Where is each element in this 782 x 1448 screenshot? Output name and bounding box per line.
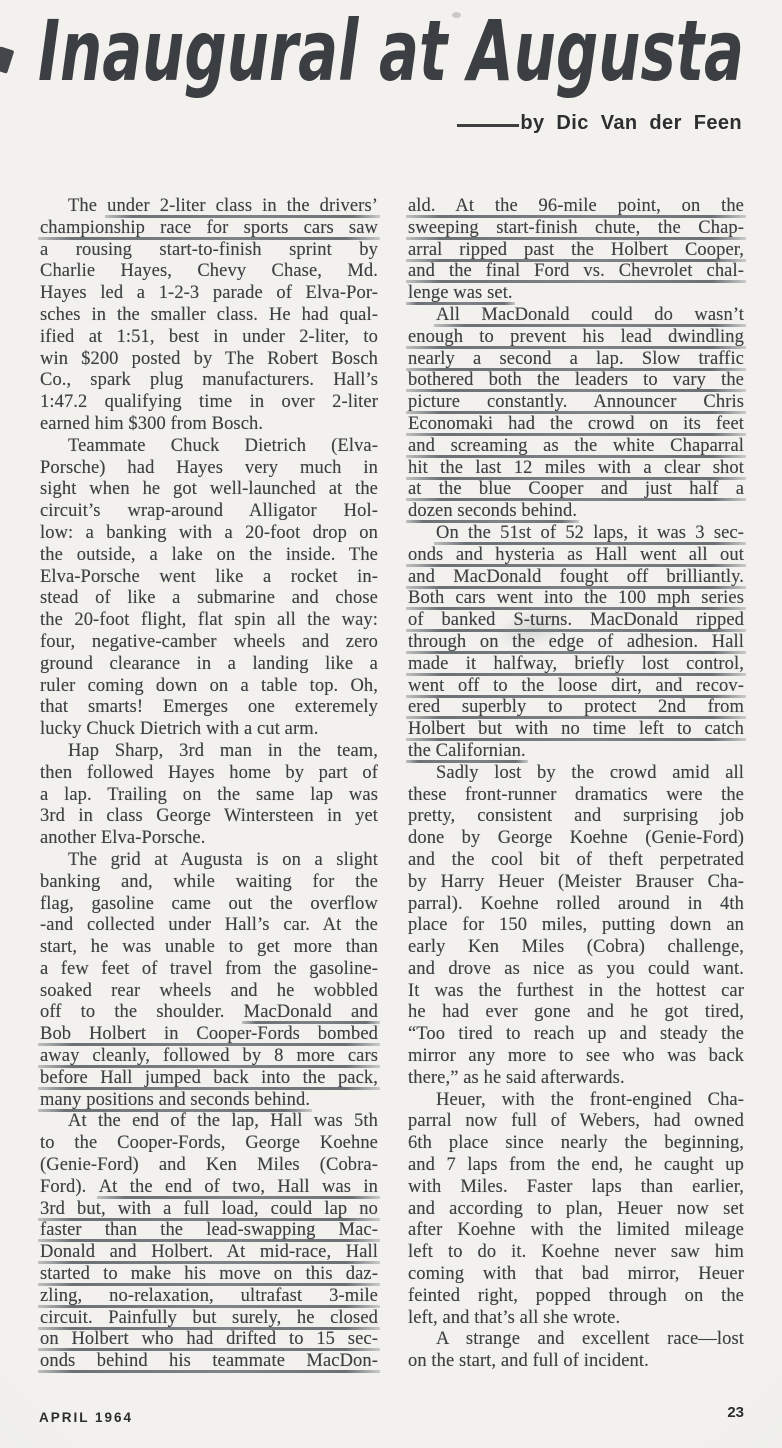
- text-line: off to the shoulder. MacDonald and: [40, 1002, 378, 1024]
- text-segment: stead of like a submarine and chose: [40, 588, 378, 608]
- text-line: done by George Koehne (Genie-Ford): [408, 828, 744, 850]
- text-segment: start, he was unable to get more than: [40, 937, 378, 957]
- pencil-underlined-text: Holbert but with no time left to catch: [406, 719, 746, 741]
- text-line: started to make his move on this daz-: [40, 1264, 378, 1286]
- byline-rule: [457, 124, 519, 127]
- text-line: championship race for sports cars saw: [40, 218, 378, 240]
- text-line: the outside, a lake on the inside. The: [40, 545, 378, 567]
- paragraph: The under 2-liter class in the drivers’c…: [40, 196, 378, 436]
- text-line: by Harry Heuer (Meister Brauser Cha-: [408, 872, 744, 894]
- text-line: enough to prevent his lead dwindling: [408, 327, 744, 349]
- text-line: these front-runner dramatics were the: [408, 785, 744, 807]
- text-segment: 1:47.2 qualifying time in over 2-liter: [40, 392, 378, 412]
- text-line: Co., spark plug manufacturers. Hall’s: [40, 370, 378, 392]
- text-line: and 7 laps from the end, he caught up: [408, 1155, 744, 1177]
- column-right: ald. At the 96-mile point, on thesweepin…: [408, 196, 744, 1373]
- text-segment: four, negative-camber wheels and zero: [40, 632, 378, 652]
- text-line: ald. At the 96-mile point, on the: [408, 196, 744, 218]
- text-segment: the 20-foot flight, flat spin all the wa…: [40, 610, 378, 630]
- text-line: parral). Koehne rolled around in 4th: [408, 894, 744, 916]
- text-line: mirror any more to see who was back: [408, 1046, 744, 1068]
- pencil-underlined-text: before Hall jumped back into the pack,: [38, 1068, 380, 1090]
- text-segment: feinted right, popped through on the: [408, 1286, 744, 1306]
- text-segment: “Too tired to reach up and steady the: [408, 1024, 744, 1044]
- magazine-page: Inaugural at Augusta by Dic Van der Feen…: [0, 0, 782, 1448]
- text-line: sweeping start-finish chute, the Chap-: [408, 218, 744, 240]
- pencil-underlined-text: enough to prevent his lead dwindling: [406, 327, 746, 349]
- text-line: All MacDonald could do wasn’t: [408, 305, 744, 327]
- paragraph: A strange and excellent race—loston the …: [408, 1329, 744, 1373]
- text-line: a few feet of travel from the gasoline-: [40, 959, 378, 981]
- text-line: there,” as he said afterwards.: [408, 1068, 744, 1090]
- text-line: Porsche) had Hayes very much in: [40, 458, 378, 480]
- text-segment: sches in the smaller class. He had qual-: [40, 305, 378, 325]
- text-segment: left to do it. Koehne never saw him: [408, 1242, 744, 1262]
- text-segment: circuit’s wrap-around Alligator Hol-: [40, 501, 378, 521]
- text-segment: 6th place since nearly the beginning,: [408, 1133, 744, 1153]
- text-segment: Charlie Hayes, Chevy Chase, Md.: [40, 261, 378, 281]
- text-line: the 20-foot flight, flat spin all the wa…: [40, 610, 378, 632]
- text-segment: a rousing start-to-finish sprint by: [40, 240, 378, 260]
- text-segment: Sadly lost by the crowd amid all: [436, 763, 744, 783]
- article-title: Inaugural at Augusta: [34, 2, 774, 112]
- text-segment: At the end of the lap, Hall was 5th: [68, 1111, 378, 1131]
- text-line: through on the edge of adhesion. Hall: [408, 632, 744, 654]
- text-line: arral ripped past the Holbert Cooper,: [408, 240, 744, 262]
- paragraph: Sadly lost by the crowd amid allthese fr…: [408, 763, 744, 1090]
- pencil-underlined-text: ald. At the 96-mile point, on the: [406, 196, 746, 218]
- text-line: with Miles. Faster laps than earlier,: [408, 1177, 744, 1199]
- pencil-underlined-text: Donald and Holbert. At mid-race, Hall: [38, 1242, 380, 1264]
- text-segment: he had ever gone and he got tired,: [408, 1002, 744, 1022]
- text-line: place for 150 miles, putting down an: [408, 915, 744, 937]
- text-line: sight when he got well-launched at the: [40, 479, 378, 501]
- text-line: (Genie-Ford) and Ken Miles (Cobra-: [40, 1155, 378, 1177]
- text-segment: a lap. Trailing on the same lap was: [40, 785, 378, 805]
- pencil-underlined-text: hit the last 12 miles with a clear shot: [406, 458, 746, 480]
- pencil-underlined-text: and MacDonald fought off brilliantly.: [406, 567, 746, 589]
- text-line: lenge was set.: [408, 283, 744, 305]
- text-line: At the end of the lap, Hall was 5th: [40, 1111, 378, 1133]
- pencil-underlined-text: At the end of two, Hall was in: [97, 1177, 380, 1199]
- pencil-underlined-text: onds and hysteria as Hall went all out: [406, 545, 746, 567]
- text-line: at the blue Cooper and just half a: [408, 479, 744, 501]
- text-line: ered superbly to protect 2nd from: [408, 697, 744, 719]
- pencil-underlined-text: ered superbly to protect 2nd from: [406, 697, 746, 719]
- text-line: Hayes led a 1-2-3 parade of Elva-Por-: [40, 283, 378, 305]
- text-line: picture constantly. Announcer Chris: [408, 392, 744, 414]
- paragraph: Teammate Chuck Dietrich (Elva-Porsche) h…: [40, 436, 378, 741]
- text-line: Donald and Holbert. At mid-race, Hall: [40, 1242, 378, 1264]
- footer-page-number: 23: [727, 1404, 744, 1421]
- text-segment: Co., spark plug manufacturers. Hall’s: [40, 370, 378, 390]
- text-segment: coming with that bad mirror, Heuer: [408, 1264, 744, 1284]
- text-segment: another Elva-Porsche.: [40, 828, 205, 848]
- pencil-underlined-text: made it halfway, briefly lost control,: [406, 654, 746, 676]
- text-line: feinted right, popped through on the: [408, 1286, 744, 1308]
- text-segment: Porsche) had Hayes very much in: [40, 458, 378, 478]
- text-line: “Too tired to reach up and steady the: [408, 1024, 744, 1046]
- text-line: left, and that’s all she wrote.: [408, 1308, 744, 1330]
- pencil-underlined-text: started to make his move on this daz-: [38, 1264, 380, 1286]
- pencil-underlined-text: through on the edge of adhesion. Hall: [406, 632, 746, 654]
- text-line: away cleanly, followed by 8 more cars: [40, 1046, 378, 1068]
- pencil-underlined-text: MacDonald and: [242, 1002, 380, 1024]
- paragraph: Heuer, with the front-engined Cha-parral…: [408, 1090, 744, 1330]
- text-line: banking and, while waiting for the: [40, 872, 378, 894]
- text-line: pretty, consistent and surprising job: [408, 806, 744, 828]
- text-segment: Hayes led a 1-2-3 parade of Elva-Por-: [40, 283, 378, 303]
- text-line: ified at 1:51, best in under 2-liter, to: [40, 327, 378, 349]
- text-line: ruler coming down on a table top. Oh,: [40, 676, 378, 698]
- text-line: bothered both the leaders to vary the: [408, 370, 744, 392]
- pencil-underlined-text: zling, no-relaxation, ultrafast 3-mile: [38, 1286, 380, 1308]
- pencil-underlined-text: Bob Holbert in Cooper-Fords bombed: [38, 1024, 380, 1046]
- paragraph: All MacDonald could do wasn’tenough to p…: [408, 305, 744, 523]
- text-line: circuit’s wrap-around Alligator Hol-: [40, 501, 378, 523]
- pencil-underlined-text: under 2-liter class in the drivers’: [105, 196, 380, 218]
- pencil-underlined-text: faster than the lead-swapping Mac-: [38, 1220, 380, 1242]
- pencil-underlined-text: and screaming as the white Chaparral: [406, 436, 746, 458]
- pencil-underlined-text: bothered both the leaders to vary the: [406, 370, 746, 392]
- text-segment: off to the shoulder.: [40, 1002, 244, 1022]
- text-segment: a few feet of travel from the gasoline-: [40, 959, 378, 979]
- pencil-underlined-text: 3rd but, with a full load, could lap no: [38, 1199, 380, 1221]
- text-line: low: a banking with a 20-foot drop on: [40, 523, 378, 545]
- text-segment: Ford).: [40, 1177, 99, 1197]
- paragraph: At the end of the lap, Hall was 5thto th…: [40, 1111, 378, 1373]
- pencil-underlined-text: Economaki had the crowd on its feet: [406, 414, 746, 436]
- byline-text: by Dic Van der Feen: [520, 112, 742, 135]
- text-line: on Holbert who had drifted to 15 sec-: [40, 1329, 378, 1351]
- text-segment: parral now full of Webers, had owned: [408, 1111, 744, 1131]
- text-line: dozen seconds behind.: [408, 501, 744, 523]
- text-line: 3rd in class George Wintersteen in yet: [40, 806, 378, 828]
- text-line: faster than the lead-swapping Mac-: [40, 1220, 378, 1242]
- text-line: four, negative-camber wheels and zero: [40, 632, 378, 654]
- pencil-underlined-text: Both cars went into the 100 mph series: [406, 588, 746, 610]
- paragraph: ald. At the 96-mile point, on thesweepin…: [408, 196, 744, 305]
- byline: by Dic Van der Feen: [457, 112, 742, 135]
- text-segment: on the start, and full of incident.: [408, 1351, 649, 1371]
- text-line: 3rd but, with a full load, could lap no: [40, 1199, 378, 1221]
- text-line: Charlie Hayes, Chevy Chase, Md.: [40, 261, 378, 283]
- text-line: The under 2-liter class in the drivers’: [40, 196, 378, 218]
- article-body: The under 2-liter class in the drivers’c…: [40, 196, 744, 1373]
- pencil-underlined-text: many positions and seconds behind.: [38, 1090, 312, 1112]
- text-line: ground clearance in a landing like a: [40, 654, 378, 676]
- pencil-underlined-text: sweeping start-finish chute, the Chap-: [406, 218, 746, 240]
- text-line: Heuer, with the front-engined Cha-: [408, 1090, 744, 1112]
- scan-edge-artifact: [0, 46, 14, 73]
- text-segment: and according to plan, Heuer now set: [408, 1199, 744, 1219]
- text-segment: place for 150 miles, putting down an: [408, 915, 744, 935]
- text-line: win $200 posted by The Robert Bosch: [40, 349, 378, 371]
- text-line: soaked rear wheels and he wobbled: [40, 981, 378, 1003]
- text-segment: The grid at Augusta is on a slight: [68, 850, 378, 870]
- text-line: coming with that bad mirror, Heuer: [408, 1264, 744, 1286]
- text-line: that smarts! Emerges one exteremely: [40, 697, 378, 719]
- pencil-underlined-text: nearly a second a lap. Slow traffic: [406, 349, 746, 371]
- paragraph: On the 51st of 52 laps, it was 3 sec-ond…: [408, 523, 744, 763]
- text-segment: soaked rear wheels and he wobbled: [40, 981, 378, 1001]
- text-segment: low: a banking with a 20-foot drop on: [40, 523, 378, 543]
- pencil-underlined-text: On the 51st of 52 laps, it was 3 sec-: [434, 523, 746, 545]
- text-line: he had ever gone and he got tired,: [408, 1002, 744, 1024]
- text-line: onds behind his teammate MacDon-: [40, 1351, 378, 1373]
- text-line: Holbert but with no time left to catch: [408, 719, 744, 741]
- text-line: Elva-Porsche went like a rocket in-: [40, 567, 378, 589]
- pencil-underlined-text: went off to the loose dirt, and recov-: [406, 676, 746, 698]
- text-segment: ground clearance in a landing like a: [40, 654, 378, 674]
- text-segment: It was the furthest in the hottest car: [408, 981, 744, 1001]
- text-segment: banking and, while waiting for the: [40, 872, 378, 892]
- pencil-underlined-text: All MacDonald could do wasn’t: [434, 305, 746, 327]
- pencil-underlined-text: away cleanly, followed by 8 more cars: [38, 1046, 380, 1068]
- article-title-text: Inaugural at Augusta: [38, 2, 744, 100]
- text-line: early Ken Miles (Cobra) challenge,: [408, 937, 744, 959]
- text-line: It was the furthest in the hottest car: [408, 981, 744, 1003]
- text-line: Ford). At the end of two, Hall was in: [40, 1177, 378, 1199]
- text-line: 1:47.2 qualifying time in over 2-liter: [40, 392, 378, 414]
- text-line: and screaming as the white Chaparral: [408, 436, 744, 458]
- text-segment: win $200 posted by The Robert Bosch: [40, 349, 378, 369]
- text-line: Both cars went into the 100 mph series: [408, 588, 744, 610]
- text-line: The grid at Augusta is on a slight: [40, 850, 378, 872]
- text-line: Teammate Chuck Dietrich (Elva-: [40, 436, 378, 458]
- paragraph: Hap Sharp, 3rd man in the team,then foll…: [40, 741, 378, 850]
- text-segment: earned him $300 from Bosch.: [40, 414, 263, 434]
- text-segment: flag, gasoline came out the overflow: [40, 894, 378, 914]
- text-line: to the Cooper-Fords, George Koehne: [40, 1133, 378, 1155]
- pencil-underlined-text: arral ripped past the Holbert Cooper,: [406, 240, 746, 262]
- text-segment: done by George Koehne (Genie-Ford): [408, 828, 744, 848]
- text-line: and the cool bit of theft perpetrated: [408, 850, 744, 872]
- text-segment: these front-runner dramatics were the: [408, 785, 744, 805]
- text-segment: parral). Koehne rolled around in 4th: [408, 894, 744, 914]
- text-segment: that smarts! Emerges one exteremely: [40, 697, 378, 717]
- text-line: hit the last 12 miles with a clear shot: [408, 458, 744, 480]
- text-line: a lap. Trailing on the same lap was: [40, 785, 378, 807]
- pencil-underlined-text: onds behind his teammate MacDon-: [38, 1351, 380, 1373]
- text-segment: -and collected under Hall’s car. At the: [40, 915, 378, 935]
- text-line: circuit. Painfully but surely, he closed: [40, 1308, 378, 1330]
- text-line: after Koehne with the limited mileage: [408, 1220, 744, 1242]
- text-line: made it halfway, briefly lost control,: [408, 654, 744, 676]
- text-segment: then followed Hayes home by part of: [40, 763, 378, 783]
- text-segment: lucky Chuck Dietrich with a cut arm.: [40, 719, 318, 739]
- text-line: before Hall jumped back into the pack,: [40, 1068, 378, 1090]
- text-line: zling, no-relaxation, ultrafast 3-mile: [40, 1286, 378, 1308]
- pencil-underlined-text: and the final Ford vs. Chevrolet chal-: [406, 261, 746, 283]
- text-segment: pretty, consistent and surprising job: [408, 806, 744, 826]
- text-line: and the final Ford vs. Chevrolet chal-: [408, 261, 744, 283]
- text-line: Economaki had the crowd on its feet: [408, 414, 744, 436]
- text-segment: sight when he got well-launched at the: [40, 479, 378, 499]
- text-segment: early Ken Miles (Cobra) challenge,: [408, 937, 744, 957]
- text-segment: (Genie-Ford) and Ken Miles (Cobra-: [40, 1155, 378, 1175]
- text-line: flag, gasoline came out the overflow: [40, 894, 378, 916]
- text-segment: Hap Sharp, 3rd man in the team,: [68, 741, 378, 761]
- text-line: of banked S-turns. MacDonald ripped: [408, 610, 744, 632]
- text-line: another Elva-Porsche.: [40, 828, 378, 850]
- text-line: A strange and excellent race—lost: [408, 1329, 744, 1351]
- pencil-underlined-text: on Holbert who had drifted to 15 sec-: [38, 1329, 380, 1351]
- text-line: onds and hysteria as Hall went all out: [408, 545, 744, 567]
- text-segment: mirror any more to see who was back: [408, 1046, 744, 1066]
- text-line: earned him $300 from Bosch.: [40, 414, 378, 436]
- text-line: Bob Holbert in Cooper-Fords bombed: [40, 1024, 378, 1046]
- text-segment: The: [68, 196, 107, 216]
- text-line: and according to plan, Heuer now set: [408, 1199, 744, 1221]
- text-segment: A strange and excellent race—lost: [436, 1329, 744, 1349]
- text-line: 6th place since nearly the beginning,: [408, 1133, 744, 1155]
- text-segment: ruler coming down on a table top. Oh,: [40, 676, 378, 696]
- pencil-underlined-text: championship race for sports cars saw: [38, 218, 380, 240]
- pencil-underlined-text: the Californian.: [406, 741, 528, 763]
- text-line: On the 51st of 52 laps, it was 3 sec-: [408, 523, 744, 545]
- text-line: the Californian.: [408, 741, 744, 763]
- paragraph: The grid at Augusta is on a slightbankin…: [40, 850, 378, 1112]
- column-left: The under 2-liter class in the drivers’c…: [40, 196, 378, 1373]
- footer-issue-date: APRIL 1964: [39, 1410, 133, 1425]
- text-segment: with Miles. Faster laps than earlier,: [408, 1177, 744, 1197]
- text-segment: there,” as he said afterwards.: [408, 1068, 625, 1088]
- text-line: Sadly lost by the crowd amid all: [408, 763, 744, 785]
- text-segment: to the Cooper-Fords, George Koehne: [40, 1133, 378, 1153]
- pencil-underlined-text: picture constantly. Announcer Chris: [406, 392, 746, 414]
- text-segment: and 7 laps from the end, he caught up: [408, 1155, 744, 1175]
- text-line: left to do it. Koehne never saw him: [408, 1242, 744, 1264]
- text-line: parral now full of Webers, had owned: [408, 1111, 744, 1133]
- pencil-underlined-text: lenge was set.: [406, 283, 515, 305]
- text-line: start, he was unable to get more than: [40, 937, 378, 959]
- text-line: many positions and seconds behind.: [40, 1090, 378, 1112]
- text-segment: Teammate Chuck Dietrich (Elva-: [68, 436, 378, 456]
- text-line: and drove as nice as you could want.: [408, 959, 744, 981]
- text-line: a rousing start-to-finish sprint by: [40, 240, 378, 262]
- text-line: nearly a second a lap. Slow traffic: [408, 349, 744, 371]
- text-line: lucky Chuck Dietrich with a cut arm.: [40, 719, 378, 741]
- text-line: stead of like a submarine and chose: [40, 588, 378, 610]
- text-segment: by Harry Heuer (Meister Brauser Cha-: [408, 872, 744, 892]
- text-line: then followed Hayes home by part of: [40, 763, 378, 785]
- text-segment: 3rd in class George Wintersteen in yet: [40, 806, 378, 826]
- text-segment: the outside, a lake on the inside. The: [40, 545, 378, 565]
- text-line: on the start, and full of incident.: [408, 1351, 744, 1373]
- pencil-underlined-text: of banked S-turns. MacDonald ripped: [406, 610, 746, 632]
- text-line: -and collected under Hall’s car. At the: [40, 915, 378, 937]
- text-line: sches in the smaller class. He had qual-: [40, 305, 378, 327]
- text-line: went off to the loose dirt, and recov-: [408, 676, 744, 698]
- text-line: and MacDonald fought off brilliantly.: [408, 567, 744, 589]
- text-segment: ified at 1:51, best in under 2-liter, to: [40, 327, 378, 347]
- text-line: Hap Sharp, 3rd man in the team,: [40, 741, 378, 763]
- text-segment: left, and that’s all she wrote.: [408, 1308, 620, 1328]
- text-segment: and the cool bit of theft perpetrated: [408, 850, 744, 870]
- pencil-underlined-text: at the blue Cooper and just half a: [406, 479, 746, 501]
- text-segment: after Koehne with the limited mileage: [408, 1220, 744, 1240]
- text-segment: Elva-Porsche went like a rocket in-: [40, 567, 378, 587]
- pencil-underlined-text: circuit. Painfully but surely, he closed: [38, 1308, 380, 1330]
- pencil-underlined-text: dozen seconds behind.: [406, 501, 579, 523]
- text-segment: and drove as nice as you could want.: [408, 959, 744, 979]
- text-segment: Heuer, with the front-engined Cha-: [436, 1090, 744, 1110]
